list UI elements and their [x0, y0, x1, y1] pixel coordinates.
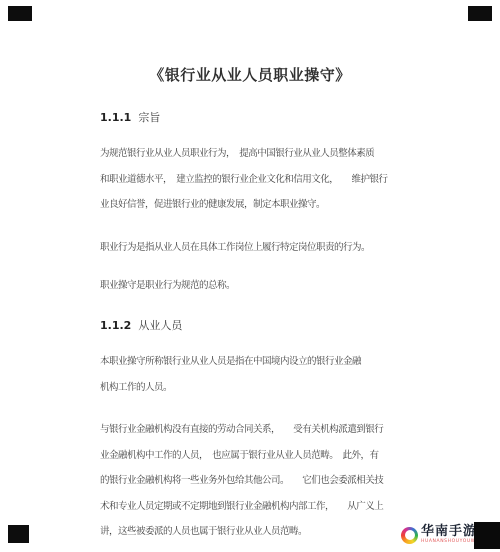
text-line: 术和专业人员定期或不定期地到银行业金融机构内部工作， 从广义上: [100, 494, 383, 520]
corner-mark-bottom-right: [474, 522, 500, 549]
text-line: 的银行业金融机构将一些业务外包给其他公司。 它们也会委派相关技: [100, 468, 383, 494]
paragraph-purpose: 为规范银行业从业人员职业行为， 提高中国银行业从业人员整体素质 和职业道德水平，…: [100, 141, 388, 218]
corner-mark-top-left: [8, 6, 32, 21]
section-label: 宗旨: [138, 111, 160, 124]
section-label: 从业人员: [138, 319, 182, 332]
text-line: 与银行业金融机构没有直接的劳动合同关系， 受有关机构派遣到银行: [100, 417, 383, 443]
corner-mark-bottom-left: [8, 525, 29, 543]
document-page: 《银行业从业人员职业操守》 1.1.1宗旨 为规范银行业从业人员职业行为， 提高…: [0, 0, 500, 552]
section-number: 1.1.2: [100, 319, 131, 332]
section-heading-1-1-1: 1.1.1宗旨: [100, 109, 160, 125]
text-line: 机构工作的人员。: [100, 375, 361, 401]
paragraph-practitioner-definition: 本职业操守所称银行业从业人员是指在中国境内设立的银行业金融 机构工作的人员。: [100, 349, 361, 400]
text-line: 和职业道德水平， 建立监控的银行业企业文化和信用文化， 维护银行: [100, 167, 388, 193]
text-line: 本职业操守所称银行业从业人员是指在中国境内设立的银行业金融: [100, 349, 361, 375]
text-line: 职业操守是职业行为规范的总称。: [100, 273, 235, 299]
document-title: 《银行业从业人员职业操守》: [0, 64, 500, 85]
corner-mark-top-right: [468, 6, 492, 21]
text-line: 讲，这些被委派的人员也属于银行业从业人员范畴。: [100, 519, 383, 545]
text-line: 业金融机构中工作的人员， 也应属于银行业从业人员范畴。 此外，有: [100, 443, 383, 469]
watermark-logo-icon: [401, 527, 418, 544]
paragraph-occupational-behavior: 职业行为是指从业人员在具体工作岗位上履行特定岗位职责的行为。: [100, 235, 370, 261]
paragraph-dispatched-personnel: 与银行业金融机构没有直接的劳动合同关系， 受有关机构派遣到银行 业金融机构中工作…: [100, 417, 383, 545]
section-heading-1-1-2: 1.1.2从业人员: [100, 317, 182, 333]
section-number: 1.1.1: [100, 111, 131, 124]
text-line: 为规范银行业从业人员职业行为， 提高中国银行业从业人员整体素质: [100, 141, 388, 167]
text-line: 业良好信誉，促进银行业的健康发展，制定本职业操守。: [100, 192, 388, 218]
paragraph-conduct-definition: 职业操守是职业行为规范的总称。: [100, 273, 235, 299]
text-line: 职业行为是指从业人员在具体工作岗位上履行特定岗位职责的行为。: [100, 235, 370, 261]
